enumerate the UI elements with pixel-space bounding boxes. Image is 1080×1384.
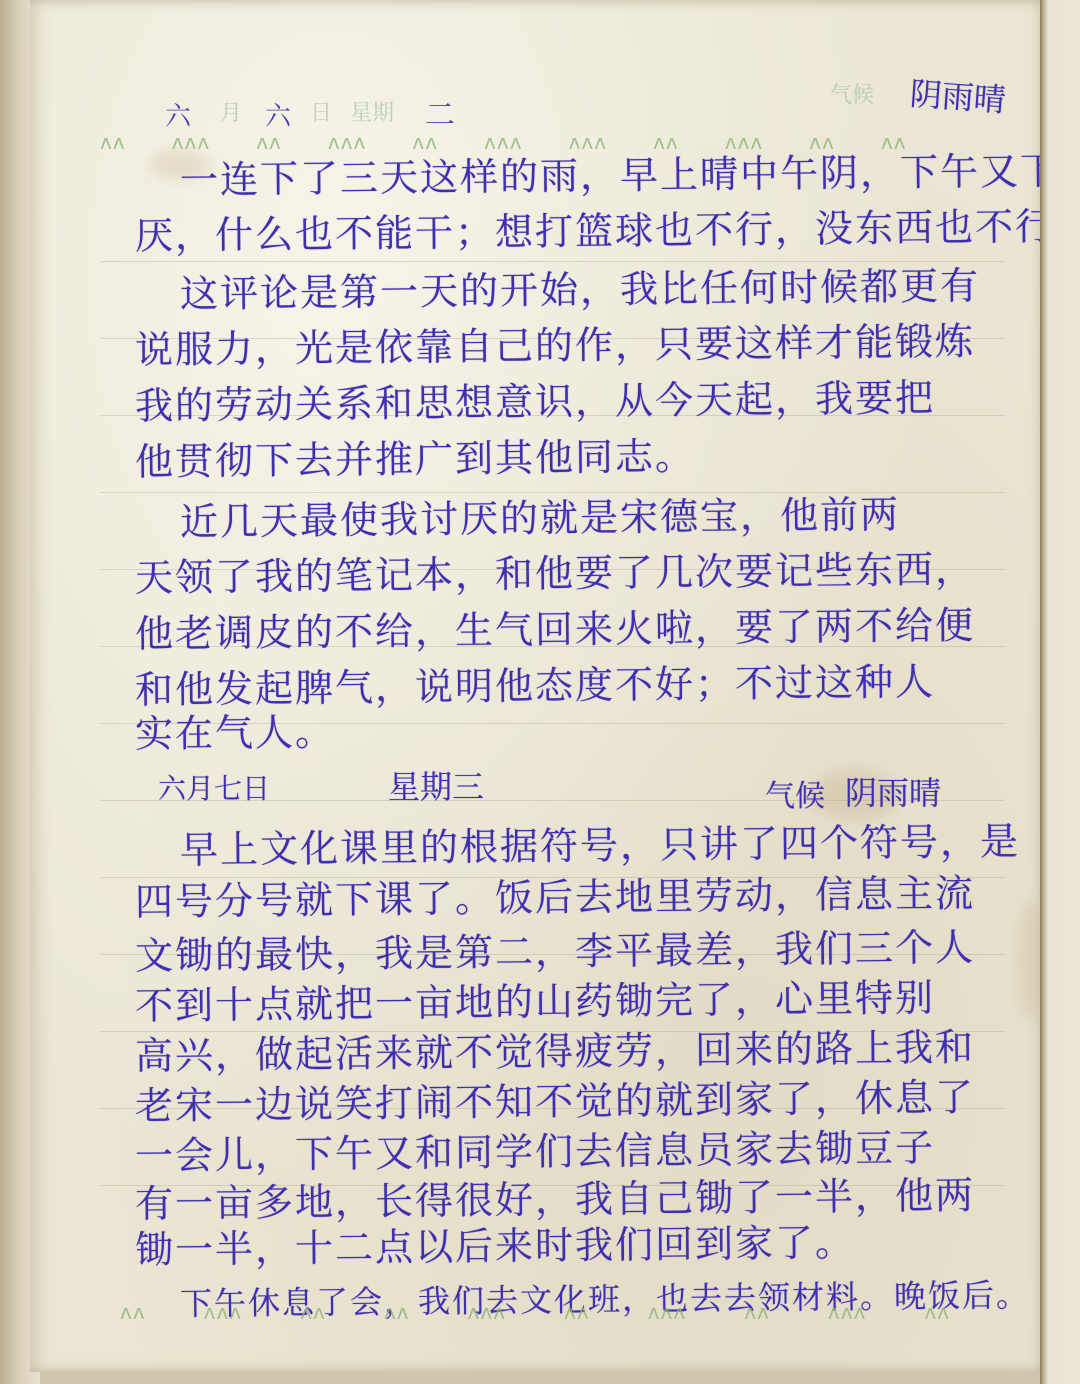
header-weather-label: 气候 (830, 78, 874, 109)
footer-grass-decoration: ᴧᴧᴧᴧᴧᴧᴧᴧᴧᴧᴧᴧᴧᴧᴧᴧᴧᴧᴧᴧᴧᴧᴧᴧ (120, 1300, 950, 1324)
notebook-page: ᴧᴧᴧᴧᴧᴧᴧᴧᴧᴧᴧᴧᴧᴧᴧᴧᴧᴧᴧᴧᴧᴧᴧᴧᴧᴧᴧ 六 月 六 日 星期 二… (30, 0, 1045, 1372)
header-month: 六 (165, 96, 191, 133)
entry2-weather: 阴雨晴 (845, 776, 941, 810)
entry1-weather: 阴雨晴 (909, 69, 1008, 122)
entry2-line: 早上文化课里的根据符号，只讲了四个符号，是 (180, 819, 1080, 872)
header-month-label: 月 (220, 96, 242, 127)
entry1-line: 一连下了三天这样的雨，早上晴中午阴，下午又下雨讨 (180, 149, 1080, 202)
entry2-line: 锄一半，十二点以后来时我们回到家了。 (135, 1219, 1040, 1272)
header-weekday-label: 星期 (350, 96, 394, 127)
header-day: 六 (265, 96, 291, 133)
entry2-weather-label: 气候 (765, 780, 825, 814)
header-weekday: 二 (425, 90, 455, 134)
entry2-date: 六月七日 (158, 772, 270, 806)
entry2-weekday: 星期三 (388, 770, 484, 804)
entry1-line: 这评论是第一天的开始，我比任何时候都更有 (180, 263, 1080, 316)
diary-photo: ᴧᴧᴧᴧᴧᴧᴧᴧᴧᴧᴧᴧᴧᴧᴧᴧᴧᴧᴧᴧᴧᴧᴧᴧᴧᴧᴧ 六 月 六 日 星期 二… (0, 0, 1080, 1384)
entry1-line: 近几天最使我讨厌的就是宋德宝，他前两 (180, 491, 1080, 544)
header-day-label: 日 (310, 96, 332, 127)
header-grass-decoration: ᴧᴧᴧᴧᴧᴧᴧᴧᴧᴧᴧᴧᴧᴧᴧᴧᴧᴧᴧᴧᴧᴧᴧᴧᴧᴧᴧ (100, 130, 907, 154)
facing-page-edge (1040, 0, 1080, 1384)
